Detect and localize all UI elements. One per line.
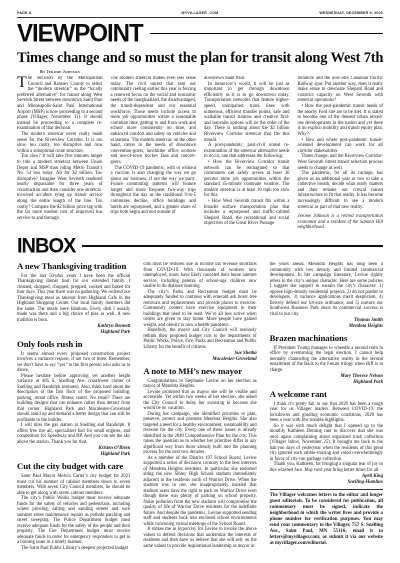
letter-title: A new Thanksgiving tradition [17, 262, 130, 271]
letter-paragraph: Congratulations to Stephanie Levine on h… [143, 379, 256, 390]
drop-cap: T [17, 76, 28, 89]
paragraph: The modern streetcar never really made s… [17, 132, 103, 154]
paragraph: The decision by the Metropolitan Council… [17, 76, 103, 132]
paragraph: initiative and the now-idle Canadian Pac… [298, 76, 384, 104]
issue-date: WEDNESDAY, DECEMBER 9, 2020 [261, 11, 383, 15]
article-body: The decision by the Metropolitan Council… [17, 76, 383, 232]
banner-rule [150, 33, 383, 35]
letter-paragraph: I will miss the gas station at Snelling … [17, 423, 130, 445]
letter-paragraph: the years ahead. Mendota Heights has lon… [270, 262, 383, 317]
letter-paragraph: The city’s Public Works budget must rece… [17, 496, 130, 546]
paragraph: • How the post-pandemic transit needs of… [298, 104, 384, 138]
letter-paragraph: The city’s Parks and Recreation budget m… [143, 290, 256, 329]
letter-signature: Kristen O’Brien Highland Park [17, 446, 130, 457]
signature-place: Macalester-Groveland [143, 357, 256, 363]
inbox-section-title: INBOX [17, 236, 75, 257]
article-headline: Times change and so must the plan for tr… [17, 50, 383, 67]
article-column: The decision by the Metropolitan Council… [17, 76, 103, 232]
paragraph: In tomorrow’s world, it will be just as … [204, 82, 290, 144]
letter-signature: Kathryn Bennett Highland Park [17, 324, 130, 335]
letter-paragraph: It seems almost every proposed construct… [17, 352, 130, 374]
letter-paragraph: Levine promised that as mayor she will b… [143, 390, 256, 412]
page-number: PAGE 8 [17, 11, 139, 15]
paragraph: • How and where post-pandemic transit-or… [298, 138, 384, 155]
letter-paragraph: cuts must be restored due to income tax … [143, 262, 256, 290]
letter-title: A note to MH’s new mayor [143, 367, 256, 376]
letter-paragraph: As a member of the District 197 School B… [143, 456, 256, 528]
letter-paragraph: Hopefully, the mayor and City Council wi… [143, 328, 256, 350]
letters-column: A new Thanksgiving tradition For the las… [17, 262, 130, 550]
author-bio: Jerome Johnson is a retired transportati… [298, 214, 384, 231]
signature-place: Snelling-Hamline [270, 480, 383, 486]
letter-title: A welcome rant [270, 390, 383, 399]
letter-paragraph: Please hesitate before approving yet ano… [17, 374, 130, 424]
banner-rule [82, 245, 383, 247]
signature-place: Mendota Heights [270, 324, 383, 330]
viewpoint-section-title: VIEWPOINT [17, 21, 143, 46]
letter-paragraph: For the last 50-plus years I have been t… [17, 274, 130, 324]
letter-paragraph: Thank you, Kathleen, for bringing a sing… [270, 462, 383, 473]
article-byline: By Jerome Johnson [17, 70, 103, 74]
paragraph: The COVID-19 pandemic, with or without a… [111, 166, 197, 216]
letters-column: cuts must be restored due to income tax … [143, 262, 256, 550]
signature-place: Highland Park [17, 330, 130, 336]
viewpoint-banner: VIEWPOINT [17, 22, 383, 46]
newspaper-page: PAGE 8 MYVILLAGER .COM WEDNESDAY, DECEMB… [0, 0, 400, 563]
letter-paragraph: Saint Paul Mayor Melvin Carter’s city bu… [17, 474, 130, 496]
letter-paragraph: So it was with much delight that I opene… [270, 424, 383, 463]
letter-signature: Thomas Smith Mendota Heights [270, 318, 383, 329]
letter-title: Only fools rush in [17, 340, 130, 349]
letters-column: the years ahead. Mendota Heights has lon… [270, 262, 383, 550]
letter-signature: April King Snelling-Hamline [270, 474, 383, 485]
letters-policy-notice: The Villager welcomes letters to the edi… [270, 489, 383, 550]
letter-title: Cut the city budget with care [17, 462, 130, 471]
letter-paragraph: It strikes me as hypocrisy for Levine to… [143, 527, 256, 549]
letter-paragraph: During her campaign, she identified prio… [143, 412, 256, 456]
paragraph: Times change, and the Riverview Corridor… [298, 154, 384, 171]
article-column: initiative and the now-idle Canadian Pac… [298, 76, 384, 232]
letters-section: A new Thanksgiving tradition For the las… [17, 262, 383, 550]
letter-title: Brazen machinations [270, 334, 383, 343]
article-column: The modern streetcar makes even less sen… [111, 76, 197, 232]
letter-signature: Sue Shetka Macalester-Groveland [143, 351, 256, 362]
letter-paragraph: I think it’s pretty fair to say that 202… [270, 402, 383, 424]
letter-paragraph: The Saint Paul Public Library’s deepest … [17, 546, 130, 550]
signature-place: Highland Park [270, 380, 383, 386]
article-column: downtown Saint Paul. In tomorrow’s world… [204, 76, 290, 232]
paragraph: The modern streetcar makes even less sen… [111, 76, 197, 166]
paragraph: • How West Seventh transit fits within a… [204, 199, 290, 227]
paragraph: A post-pandemic, post-civil unrest re-ex… [204, 143, 290, 160]
site-name: MYVILLAGER .COM [139, 11, 261, 15]
paragraph: Too slow? It will take five minutes long… [17, 154, 103, 221]
paragraph: The pandemic, for all its carnage, has g… [298, 171, 384, 210]
signature-place: Highland Park [17, 452, 130, 458]
paragraph: • How the Riverview Corridor transit net… [204, 160, 290, 199]
letter-signature: Mary Therese Nelson Highland Park [270, 374, 383, 385]
dateline: PAGE 8 MYVILLAGER .COM WEDNESDAY, DECEMB… [17, 0, 383, 18]
letter-paragraph: If President Trump manages to wheedle a … [270, 346, 383, 374]
inbox-banner: INBOX [17, 236, 383, 256]
